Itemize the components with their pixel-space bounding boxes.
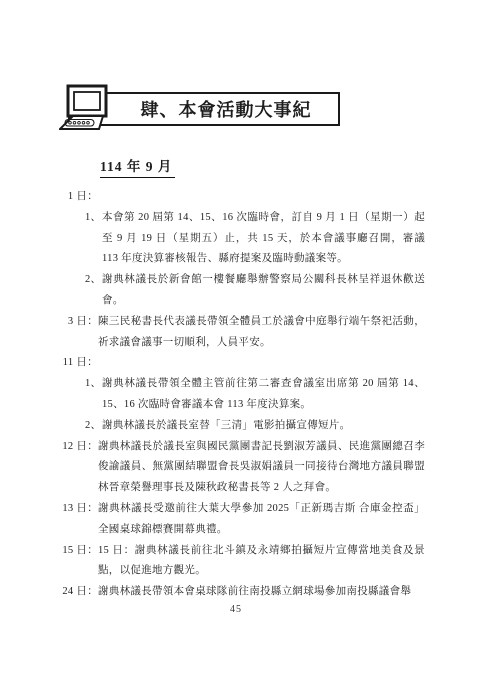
entry-text: 謝典林議長於議長室與國民黨團書記長劉淑芳議員、民進黨團總召李俊諭議員、無黨團結聯… — [98, 437, 425, 499]
sub-item-number: 1、 — [85, 208, 102, 229]
sub-item-number: 2、 — [85, 416, 102, 437]
entry-date: 15 日： — [57, 541, 98, 562]
entry-row: 13 日：謝典林議長受邀前往大葉大學參加 2025「正新瑪吉斯 合庫金控盃」全國… — [57, 499, 425, 541]
entry-text: 謝典林議長受邀前往大葉大學參加 2025「正新瑪吉斯 合庫金控盃」全國桌球錦標賽… — [98, 499, 425, 541]
entry-sub-item: 1、本會第 20 屆第 14、15、16 次臨時會，訂自 9 月 1 日（星期一… — [85, 208, 425, 270]
entry-date: 1 日： — [57, 187, 98, 208]
sub-item-number: 1、 — [85, 374, 102, 395]
sub-item-text: 謝典林議長帶領全體主管前往第二審查會議室出席第 20 屆第 14、15、16 次… — [102, 374, 425, 416]
entry-row: 24 日：謝典林議長帶領本會桌球隊前往南投縣立網球場參加南投縣議會舉 — [57, 582, 425, 603]
entries: 1 日：1、本會第 20 屆第 14、15、16 次臨時會，訂自 9 月 1 日… — [57, 187, 425, 603]
entry-row: 11 日： — [57, 353, 425, 374]
sub-item-text: 謝典林議長於議長室替「三清」電影拍攝宣傳短片。 — [102, 416, 425, 437]
entry-date: 13 日： — [57, 499, 98, 520]
computer-icon — [59, 84, 111, 132]
entry-row: 1 日： — [57, 187, 425, 208]
sub-item-text: 謝典林議長於新會館一樓餐廳舉辦警察局公關科長林呈祥退休歡送會。 — [102, 270, 425, 312]
entry-sub-item: 2、謝典林議長於新會館一樓餐廳舉辦警察局公關科長林呈祥退休歡送會。 — [85, 270, 425, 312]
entry-date: 11 日： — [57, 353, 98, 374]
sub-item-text: 本會第 20 屆第 14、15、16 次臨時會，訂自 9 月 1 日（星期一）起… — [102, 208, 425, 270]
entry-date: 24 日： — [57, 582, 98, 603]
entry-row: 3 日：陳三民秘書長代表議長帶領全體員工於議會中庭舉行端午祭祀活動，祈求議會議事… — [57, 312, 425, 354]
page-number: 45 — [0, 604, 472, 615]
entry-text: 謝典林議長帶領本會桌球隊前往南投縣立網球場參加南投縣議會舉 — [98, 582, 425, 603]
sub-item-number: 2、 — [85, 270, 102, 291]
entry-row: 15 日：15 日：謝典林議長前往北斗鎮及永靖鄉拍攝短片宣傳當地美食及景點，以促… — [57, 541, 425, 583]
section-title: 肆、本會活動大事紀 — [141, 96, 312, 122]
entry-date: 3 日： — [57, 312, 98, 333]
entry-date: 12 日： — [57, 437, 98, 458]
entry-text: 陳三民秘書長代表議長帶領全體員工於議會中庭舉行端午祭祀活動，祈求議會議事一切順利… — [98, 312, 425, 354]
document-page: 肆、本會活動大事紀 114 年 9 月 1 日：1、本會第 20 屆第 14、1… — [0, 0, 480, 679]
entry-sub-item: 1、謝典林議長帶領全體主管前往第二審查會議室出席第 20 屆第 14、15、16… — [85, 374, 425, 416]
entry-row: 12 日：謝典林議長於議長室與國民黨團書記長劉淑芳議員、民進黨團總召李俊諭議員、… — [57, 437, 425, 499]
entry-text: 15 日：謝典林議長前往北斗鎮及永靖鄉拍攝短片宣傳當地美食及景點，以促進地方觀光… — [98, 541, 425, 583]
month-heading: 114 年 9 月 — [100, 155, 175, 178]
entry-sub-item: 2、謝典林議長於議長室替「三清」電影拍攝宣傳短片。 — [85, 416, 425, 437]
